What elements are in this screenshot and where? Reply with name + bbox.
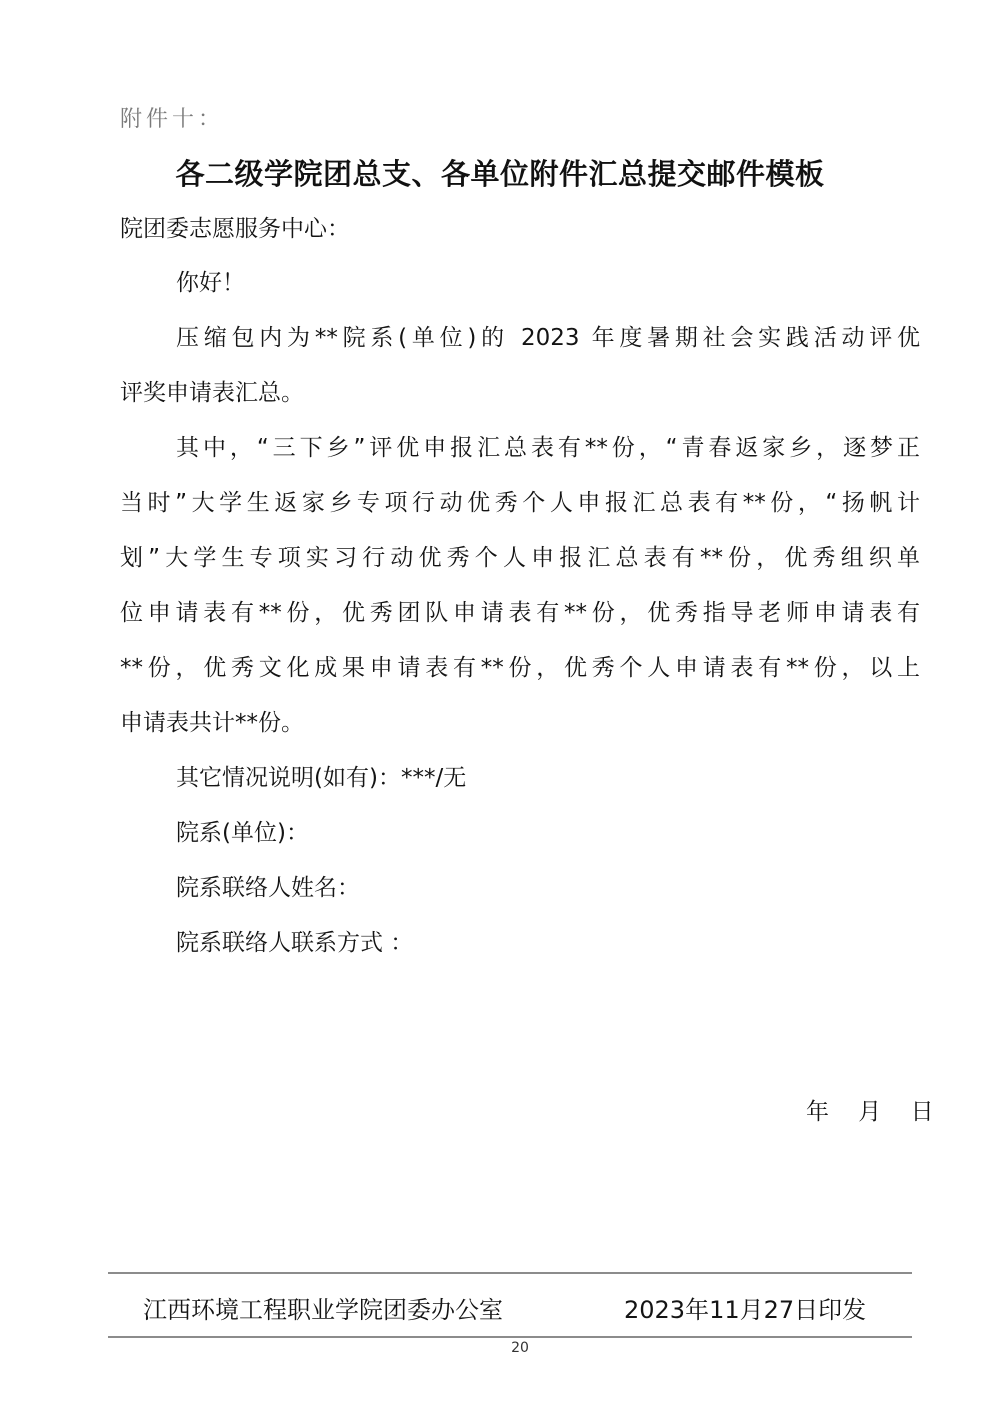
field-department: 院系(单位)： bbox=[176, 818, 920, 848]
page-number: 20 bbox=[0, 1340, 1000, 1356]
annex-label: 附件十： bbox=[120, 102, 224, 133]
footer-top-rule bbox=[108, 1272, 912, 1274]
paragraph1-line: 压缩包内为**院系(单位)的 2023 年度暑期社会实践活动评优 bbox=[176, 323, 920, 353]
footer-issue-date: 2023年11月27日印发 bbox=[624, 1290, 866, 1325]
field-contact-info: 院系联络人联系方式 ： bbox=[176, 928, 920, 958]
paragraph2-line: 位申请表有**份，优秀团队申请表有**份，优秀指导老师申请表有 bbox=[120, 598, 920, 628]
field-contact-name: 院系联络人姓名： bbox=[176, 873, 920, 903]
paragraph2-line: 划”大学生专项实习行动优秀个人申报汇总表有**份，优秀组织单 bbox=[120, 543, 920, 573]
date-placeholder: 年 月 日 bbox=[806, 1093, 940, 1126]
paragraph2-line: 申请表共计**份。 bbox=[120, 708, 920, 738]
document-title: 各二级学院团总支、各单位附件汇总提交邮件模板 bbox=[0, 152, 1000, 193]
footer-bottom-rule bbox=[108, 1336, 912, 1338]
footer-issuer: 江西环境工程职业学院团委办公室 bbox=[143, 1290, 503, 1325]
greeting: 你好！ bbox=[176, 268, 920, 298]
document-page: 附件十： 各二级学院团总支、各单位附件汇总提交邮件模板 院团委志愿服务中心： 你… bbox=[0, 0, 1000, 1406]
salutation: 院团委志愿服务中心： bbox=[120, 214, 920, 244]
field-other-notes: 其它情况说明(如有)：***/无 bbox=[176, 763, 920, 793]
paragraph2-line: 当时”大学生返家乡专项行动优秀个人申报汇总表有**份，“扬帆计 bbox=[120, 488, 920, 518]
paragraph2-line: **份，优秀文化成果申请表有**份，优秀个人申请表有**份，以上 bbox=[120, 653, 920, 683]
paragraph1-line: 评奖申请表汇总。 bbox=[120, 378, 920, 408]
paragraph2-line: 其中，“三下乡”评优申报汇总表有**份，“青春返家乡，逐梦正 bbox=[176, 433, 920, 463]
